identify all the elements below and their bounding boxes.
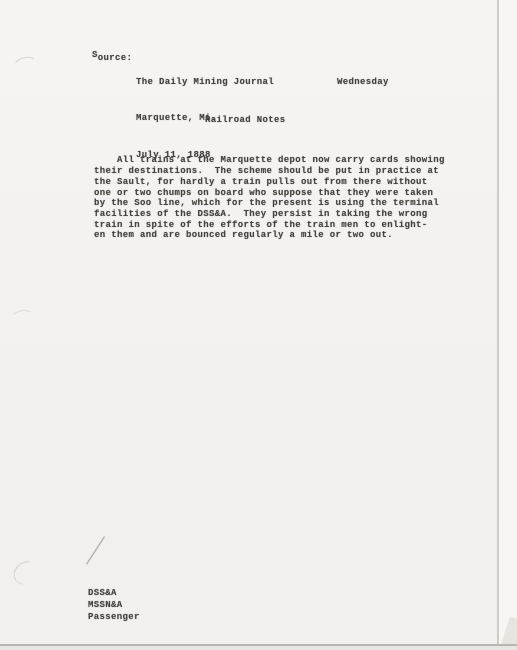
article-body: All trains at the Marquette depot now ca… <box>94 134 445 262</box>
source-label: Source: <box>92 50 132 60</box>
body-line: facilities of the DSS&A. They persist in… <box>94 209 445 220</box>
index-note-line: Passenger <box>88 611 140 623</box>
body-line: by the Soo line, which for the present i… <box>94 198 445 209</box>
body-line: All trains at the Marquette depot now ca… <box>94 155 445 166</box>
scan-artifact-arc-bottom <box>9 557 43 590</box>
pencil-check-mark <box>86 536 105 564</box>
scanner-background-strip <box>0 646 517 650</box>
weekday-label: Wednesday <box>337 77 389 87</box>
body-line: the Sault, for hardly a train pulls out … <box>94 177 445 188</box>
index-notes: DSS&AMSSN&APassenger <box>88 562 140 648</box>
index-note-line: MSSN&A <box>88 599 140 611</box>
source-label-rest: ource: <box>98 53 133 63</box>
scan-artifact-arc-middle <box>10 308 36 329</box>
scan-artifact-arc-top <box>11 55 41 80</box>
article-heading: Railroad Notes <box>205 115 286 125</box>
citation-publication: The Daily Mining Journal <box>136 76 274 88</box>
page-right-edge <box>497 0 499 646</box>
body-line: train in spite of the efforts of the tra… <box>94 220 445 231</box>
body-line: en them and are bounced regularly a mile… <box>94 230 445 241</box>
index-note-line: DSS&A <box>88 587 140 599</box>
page-right-margin <box>499 0 517 646</box>
body-line: one or two chumps on board who suppose t… <box>94 188 445 199</box>
scanned-document-page: Source: The Daily Mining Journal Marquet… <box>0 0 517 650</box>
body-line: their destinations. The scheme should be… <box>94 166 445 177</box>
